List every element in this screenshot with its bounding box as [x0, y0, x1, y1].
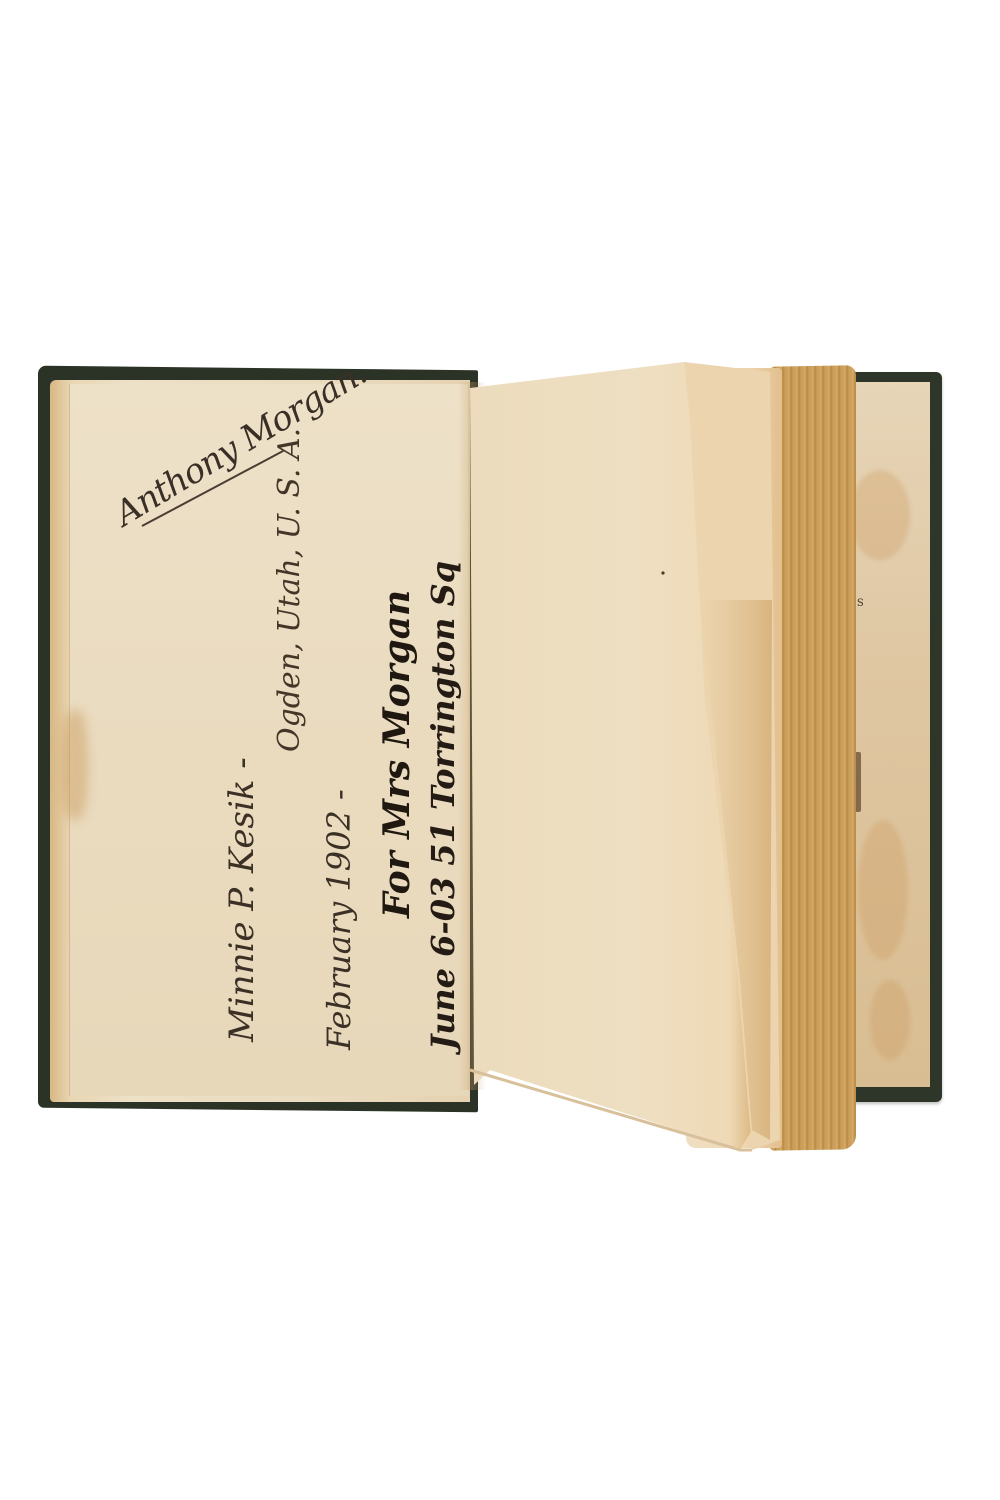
inscription-place: Ogden, Utah, U. S. A. [272, 428, 307, 752]
inscription-name: Minnie P. Kesik - [222, 757, 262, 1042]
inscription-dedication: For Mrs Morgan [376, 590, 418, 918]
inscription-date: February 1902 - [320, 789, 358, 1050]
book-photograph: ·LS Anthony Morgan. Minnie P. [0, 0, 1000, 1500]
turned-flyleaf [0, 0, 1000, 1500]
inscription-address-date: June 6-03 51 Torrington Sq [424, 561, 462, 1050]
